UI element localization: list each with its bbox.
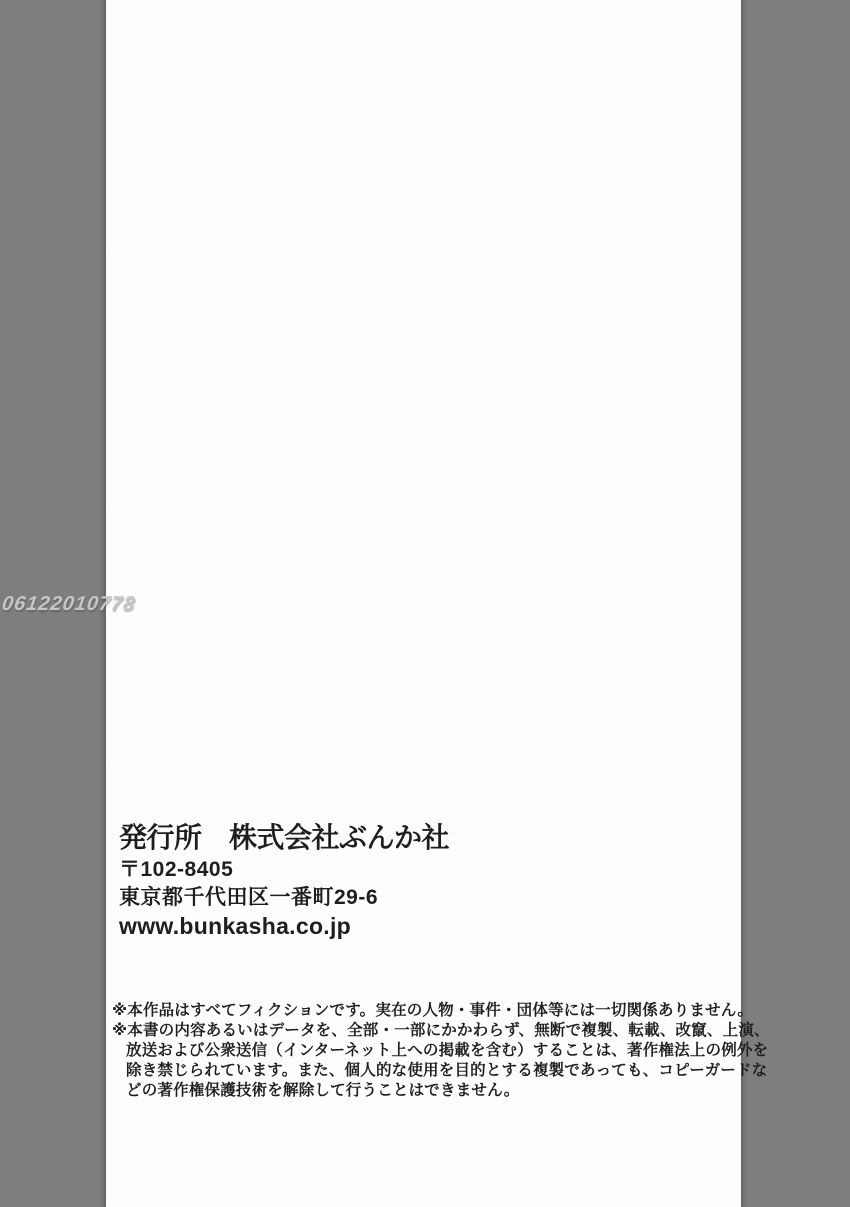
publisher-block: 発行所 株式会社ぶんか社 〒102-8405 東京都千代田区一番町29-6 ww… bbox=[119, 820, 449, 940]
publisher-name: 発行所 株式会社ぶんか社 bbox=[119, 820, 449, 856]
disclaimer-line: 除き禁じられています。また、個人的な使用を目的とする複製であっても、コピーガード… bbox=[112, 1061, 748, 1081]
watermark-number: 06122010778 bbox=[0, 593, 137, 616]
scanned-book-page: { "page": { "watermark": "06122010778", … bbox=[0, 0, 850, 1207]
publisher-address: 東京都千代田区一番町29-6 bbox=[119, 884, 449, 912]
disclaimer-block: ※本作品はすべてフィクションです。実在の人物・事件・団体等には一切関係ありません… bbox=[112, 1001, 748, 1101]
publisher-website: www.bunkasha.co.jp bbox=[119, 912, 449, 940]
disclaimer-line: 放送および公衆送信（インターネット上への掲載を含む）することは、著作権法上の例外… bbox=[112, 1041, 748, 1061]
disclaimer-line: ※本書の内容あるいはデータを、全部・一部にかかわらず、無断で複製、転載、改竄、上… bbox=[112, 1021, 748, 1041]
disclaimer-line: ※本作品はすべてフィクションです。実在の人物・事件・団体等には一切関係ありません… bbox=[112, 1001, 748, 1021]
publisher-postal-code: 〒102-8405 bbox=[119, 856, 449, 884]
disclaimer-line: どの著作権保護技術を解除して行うことはできません。 bbox=[112, 1081, 748, 1101]
